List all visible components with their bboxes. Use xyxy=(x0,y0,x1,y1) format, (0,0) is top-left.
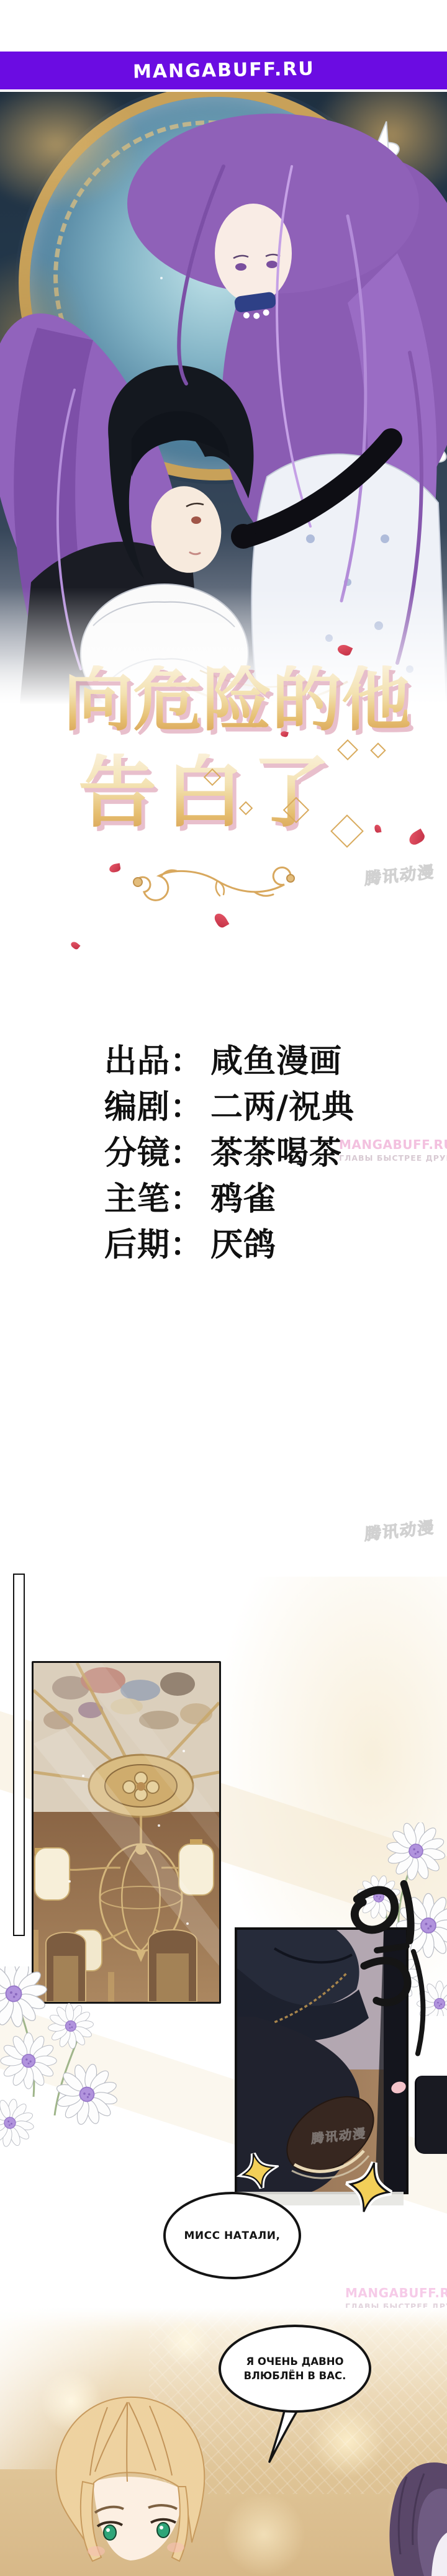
speech-bubble-1: МИСС НАТАЛИ, xyxy=(163,2192,301,2279)
site-watermark: MANGABUFF.RU ГЛАВЫ БЫСТРЕЕ ДРУГИХ xyxy=(339,1137,447,1163)
series-title-line2: 告白了 xyxy=(78,754,339,832)
purple-character xyxy=(376,2446,447,2576)
credit-line: 主笔：鸦雀 xyxy=(104,1182,415,1217)
sparkle-diamond xyxy=(370,742,386,758)
credit-line: 编剧：二两/祝典 xyxy=(104,1090,415,1125)
margin-rectangle xyxy=(13,1574,25,1936)
credit-value: 鸦雀 xyxy=(210,1181,276,1218)
blush xyxy=(167,2542,184,2552)
credit-label: 后期 xyxy=(104,1227,170,1264)
breakout-leg xyxy=(415,2076,447,2154)
blonde-character xyxy=(34,2389,220,2576)
credit-line: 后期：厌鸽 xyxy=(104,1228,415,1263)
credit-value: 厌鸽 xyxy=(210,1227,276,1264)
credit-separator: ： xyxy=(170,1089,203,1126)
red-petal xyxy=(70,940,80,951)
site-watermark-tagline: ГЛАВЫ БЫСТРЕЕ ДРУГИХ xyxy=(339,1153,447,1163)
cover-art xyxy=(0,92,447,718)
sparkle-diamond xyxy=(337,739,358,760)
red-petal xyxy=(109,863,121,873)
red-petal xyxy=(374,824,381,834)
credit-value: 茶茶喝茶 xyxy=(210,1135,342,1172)
speech-text: МИСС НАТАЛИ, xyxy=(184,2230,281,2242)
bottom-scene: Я ОЧЕНЬ ДАВНО ВЛЮБЛЁН В ВАС. xyxy=(0,2308,447,2576)
site-banner: MANGABUFF.RU xyxy=(0,52,447,89)
credit-separator: ： xyxy=(170,1227,203,1264)
credit-value: 二两/祝典 xyxy=(210,1089,354,1126)
credit-label: 编剧 xyxy=(104,1089,170,1126)
speech-text: Я ОЧЕНЬ ДАВНО xyxy=(246,2354,343,2369)
blush xyxy=(88,2546,105,2556)
speech-bubble-2: Я ОЧЕНЬ ДАВНО ВЛЮБЛЁН В ВАС. xyxy=(219,2325,371,2413)
credit-label: 分镜 xyxy=(104,1135,170,1172)
credit-line: 出品：咸鱼漫画 xyxy=(104,1044,415,1079)
manga-page: MANGABUFF.RU xyxy=(0,0,447,2576)
site-watermark-name: MANGABUFF.RU xyxy=(345,2286,447,2300)
red-petal xyxy=(407,829,427,847)
credit-label: 主笔 xyxy=(104,1181,170,1218)
credit-separator: ： xyxy=(170,1135,203,1172)
tencent-watermark: 腾讯动漫 xyxy=(364,859,435,889)
site-watermark: MANGABUFF.RU ГЛАВЫ БЫСТРЕЕ ДРУГИХ xyxy=(345,2286,447,2311)
panel-ceiling-art xyxy=(34,1663,219,2002)
red-petal xyxy=(213,911,230,929)
woman-face xyxy=(215,204,292,303)
series-title-line1: 向危险的他 xyxy=(63,665,411,735)
site-watermark-name: MANGABUFF.RU xyxy=(339,1137,447,1152)
daisy-cluster-left xyxy=(0,1966,124,2153)
credit-separator: ： xyxy=(170,1181,203,1218)
tencent-watermark: 腾讯动漫 xyxy=(364,1515,435,1545)
gold-flourish xyxy=(124,860,317,904)
speech-text: ВЛЮБЛЁН В ВАС. xyxy=(244,2369,346,2383)
site-banner-text: MANGABUFF.RU xyxy=(132,58,314,83)
credit-label: 出品 xyxy=(104,1043,170,1080)
credit-value: 咸鱼漫画 xyxy=(210,1043,342,1080)
panel-ceiling xyxy=(32,1661,221,2004)
credit-separator: ： xyxy=(170,1043,203,1080)
